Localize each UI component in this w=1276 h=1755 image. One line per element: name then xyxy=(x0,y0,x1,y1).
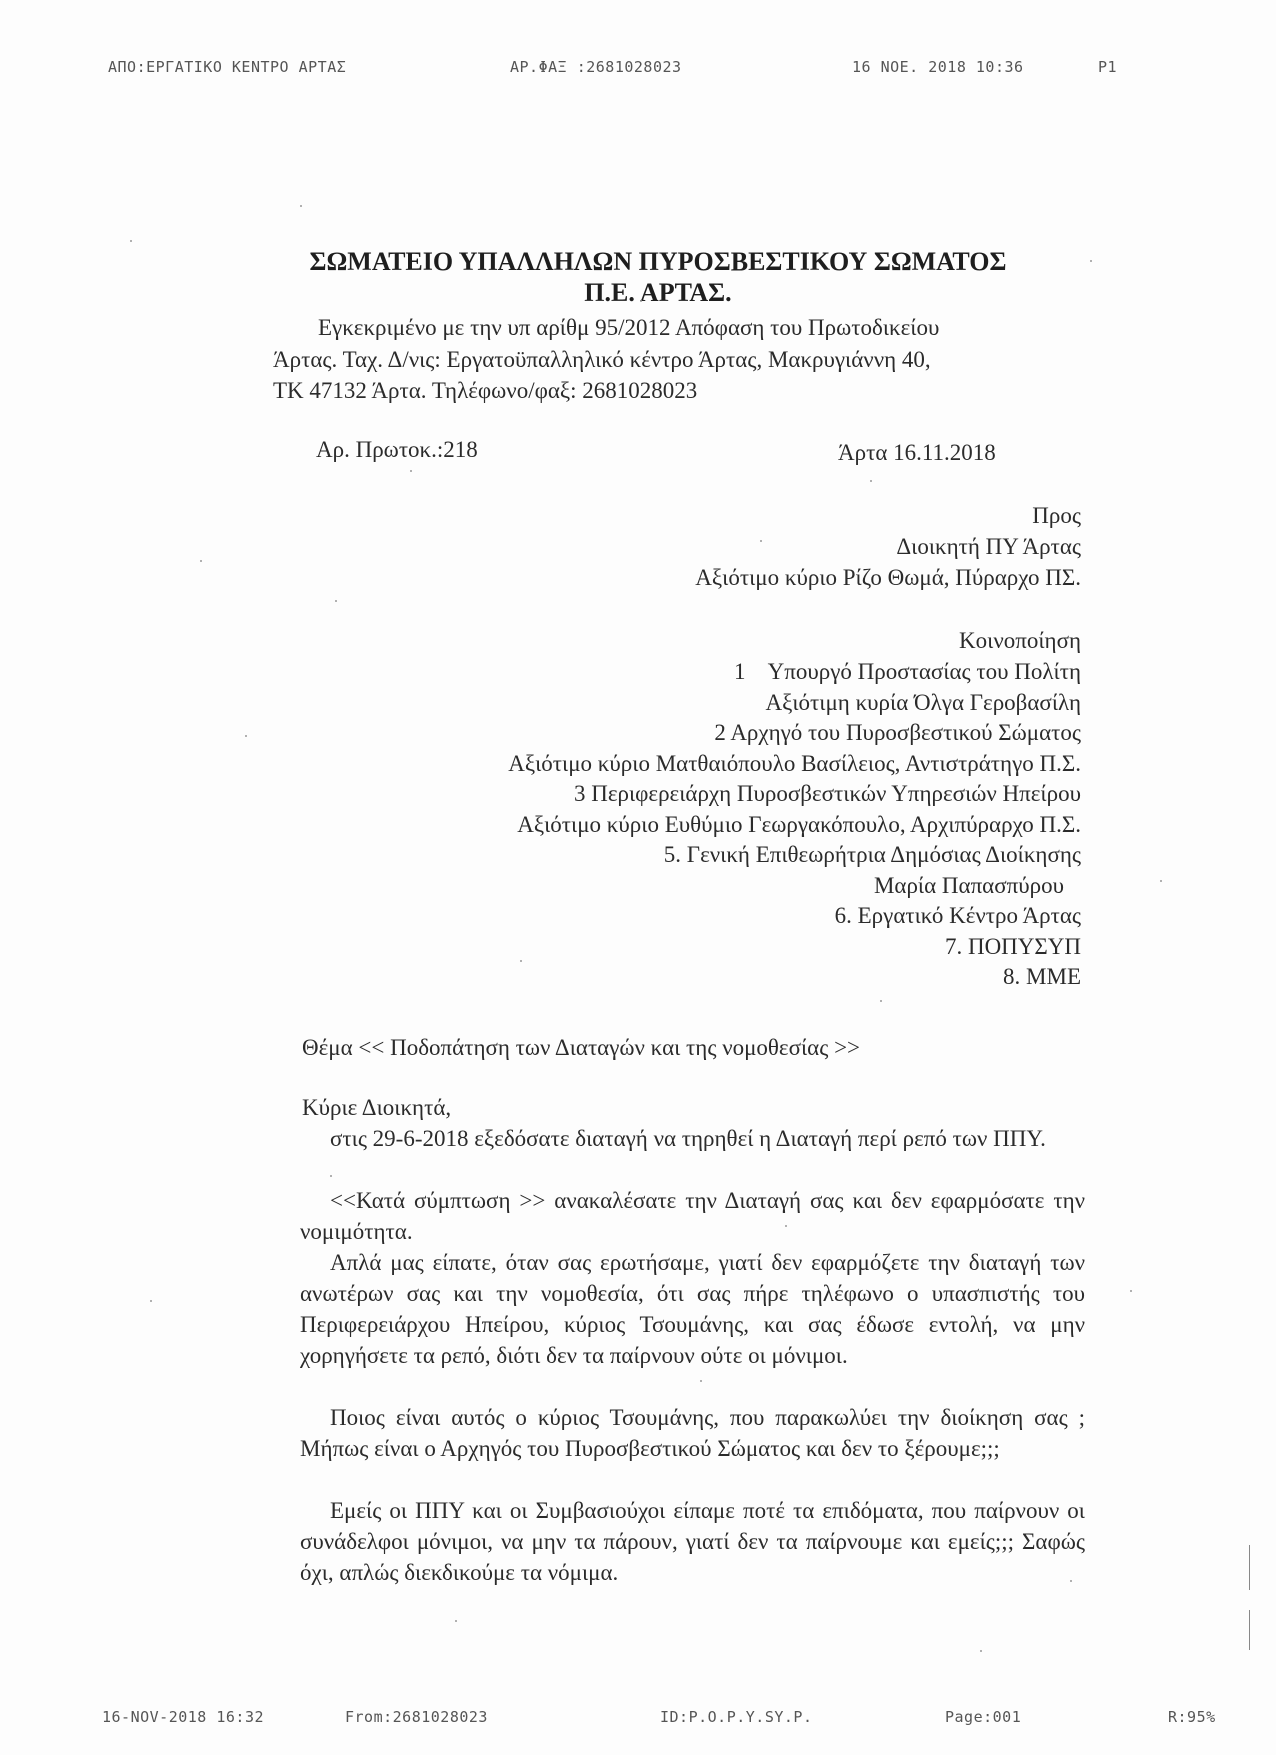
body-paragraph-3: Απλά μας είπατε, όταν σας ερωτήσαμε, για… xyxy=(300,1247,1085,1371)
scan-speck xyxy=(245,735,247,737)
scan-edge-line xyxy=(1249,1610,1250,1650)
approval-line-1: Εγκεκριμένο με την υπ αρίθμ 95/2012 Απόφ… xyxy=(318,315,939,341)
scan-speck xyxy=(520,960,522,962)
subject: Θέμα << Ποδοπάτηση των Διαταγών και της … xyxy=(302,1035,860,1061)
scan-speck xyxy=(785,1225,787,1227)
scan-speck xyxy=(1090,260,1092,262)
scan-speck xyxy=(950,700,952,702)
recipient-line-2: Αξιότιμο κύριο Ρίζο Θωμά, Πύραρχο ΠΣ. xyxy=(695,565,1081,591)
scan-speck xyxy=(300,205,302,207)
cc-line: 1 Υπουργό Προστασίας του Πολίτη xyxy=(734,659,1081,685)
body-paragraph-5: Εμείς οι ΠΠΥ και οι Συμβασιούχοι είπαμε … xyxy=(300,1495,1085,1588)
scan-speck xyxy=(1070,1580,1072,1582)
cc-line: Αξιότιμη κυρία Όλγα Γεροβασίλη xyxy=(765,690,1081,716)
fax-footer-id: ID:P.O.P.Y.SY.P. xyxy=(660,1708,813,1726)
recipient-label: Προς xyxy=(1032,503,1081,529)
cc-line: Μαρία Παπασπύρου xyxy=(874,873,1064,899)
scan-speck xyxy=(330,1175,332,1177)
scan-speck xyxy=(980,1650,982,1652)
recipient-line-1: Διοικητή ΠΥ Άρτας xyxy=(896,534,1081,560)
scan-speck xyxy=(870,480,872,482)
fax-header-page: P1 xyxy=(1098,58,1117,76)
org-name: ΣΩΜΑΤΕΙΟ ΥΠΑΛΛΗΛΩΝ ΠΥΡΟΣΒΕΣΤΙΚΟΥ ΣΩΜΑΤΟΣ xyxy=(0,247,1276,277)
cc-line: 2 Αρχηγό του Πυροσβεστικού Σώματος xyxy=(714,720,1081,746)
scan-speck xyxy=(130,240,132,242)
org-subtitle: Π.Ε. ΑΡΤΑΣ. xyxy=(0,278,1276,308)
paragraph-text: Εμείς οι ΠΠΥ και οι Συμβασιούχοι είπαμε … xyxy=(300,1498,1085,1585)
cc-line: Αξιότιμο κύριο Ευθύμιο Γεωργακόπουλο, Αρ… xyxy=(517,812,1081,838)
scan-speck xyxy=(335,600,337,602)
cc-line: 7. ΠΟΠΥΣΥΠ xyxy=(945,934,1081,960)
fax-header-number: ΑΡ.ΦΑΞ :2681028023 xyxy=(510,58,682,76)
scan-speck xyxy=(1130,1290,1132,1292)
body-paragraph-1: στις 29-6-2018 εξεδόσατε διαταγή να τηρη… xyxy=(300,1123,1085,1154)
scan-speck xyxy=(410,470,412,472)
cc-line: 3 Περιφερειάρχη Πυροσβεστικών Υπηρεσιών … xyxy=(574,781,1081,807)
body-paragraph-4: Ποιος είναι αυτός ο κύριος Τσουμάνης, πο… xyxy=(300,1402,1085,1464)
cc-line: 5. Γενική Επιθεωρήτρια Δημόσιας Διοίκηση… xyxy=(664,842,1081,868)
scan-speck xyxy=(1160,880,1162,882)
scan-speck xyxy=(200,560,202,562)
fax-header-datetime: 16 ΝΟΕ. 2018 10:36 xyxy=(852,58,1024,76)
cc-line: 8. ΜΜΕ xyxy=(1003,964,1081,990)
fax-footer-resolution: R:95% xyxy=(1168,1708,1216,1726)
scan-speck xyxy=(880,1000,882,1002)
fax-footer-page: Page:001 xyxy=(945,1708,1021,1726)
protocol-number: Αρ. Πρωτοκ.:218 xyxy=(316,437,478,463)
cc-label: Κοινοποίηση xyxy=(959,628,1081,654)
scan-speck xyxy=(640,300,642,302)
approval-line-3: ΤΚ 47132 Άρτα. Τηλέφωνο/φαξ: 2681028023 xyxy=(273,378,697,404)
paragraph-text: Ποιος είναι αυτός ο κύριος Τσουμάνης, πο… xyxy=(300,1405,1085,1461)
fax-footer-datetime: 16-NOV-2018 16:32 xyxy=(102,1708,264,1726)
paragraph-text: Απλά μας είπατε, όταν σας ερωτήσαμε, για… xyxy=(300,1250,1085,1368)
paragraph-text: <<Κατά σύμπτωση >> ανακαλέσατε την Διατα… xyxy=(300,1188,1085,1244)
salutation: Κύριε Διοικητά, xyxy=(302,1095,451,1121)
scan-speck xyxy=(150,1300,152,1302)
scan-speck xyxy=(700,1380,702,1382)
cc-line: Αξιότιμο κύριο Ματθαιόπουλο Βασίλειος, Α… xyxy=(508,751,1081,777)
fax-footer-from: From:2681028023 xyxy=(345,1708,488,1726)
paragraph-text: στις 29-6-2018 εξεδόσατε διαταγή να τηρη… xyxy=(330,1126,1046,1151)
place-date: Άρτα 16.11.2018 xyxy=(838,440,996,466)
fax-header-from: ΑΠΟ:ΕΡΓΑΤΙΚΟ ΚΕΝΤΡΟ ΑΡΤΑΣ xyxy=(108,58,346,76)
scan-speck xyxy=(455,1620,457,1622)
body-paragraph-2: <<Κατά σύμπτωση >> ανακαλέσατε την Διατα… xyxy=(300,1185,1085,1247)
approval-line-2: Άρτας. Ταχ. Δ/νις: Εργατοϋπαλληλικό κέντ… xyxy=(273,347,931,373)
scan-edge-line xyxy=(1249,1545,1250,1590)
cc-line: 6. Εργατικό Κέντρο Άρτας xyxy=(835,903,1081,929)
scan-speck xyxy=(760,540,762,542)
